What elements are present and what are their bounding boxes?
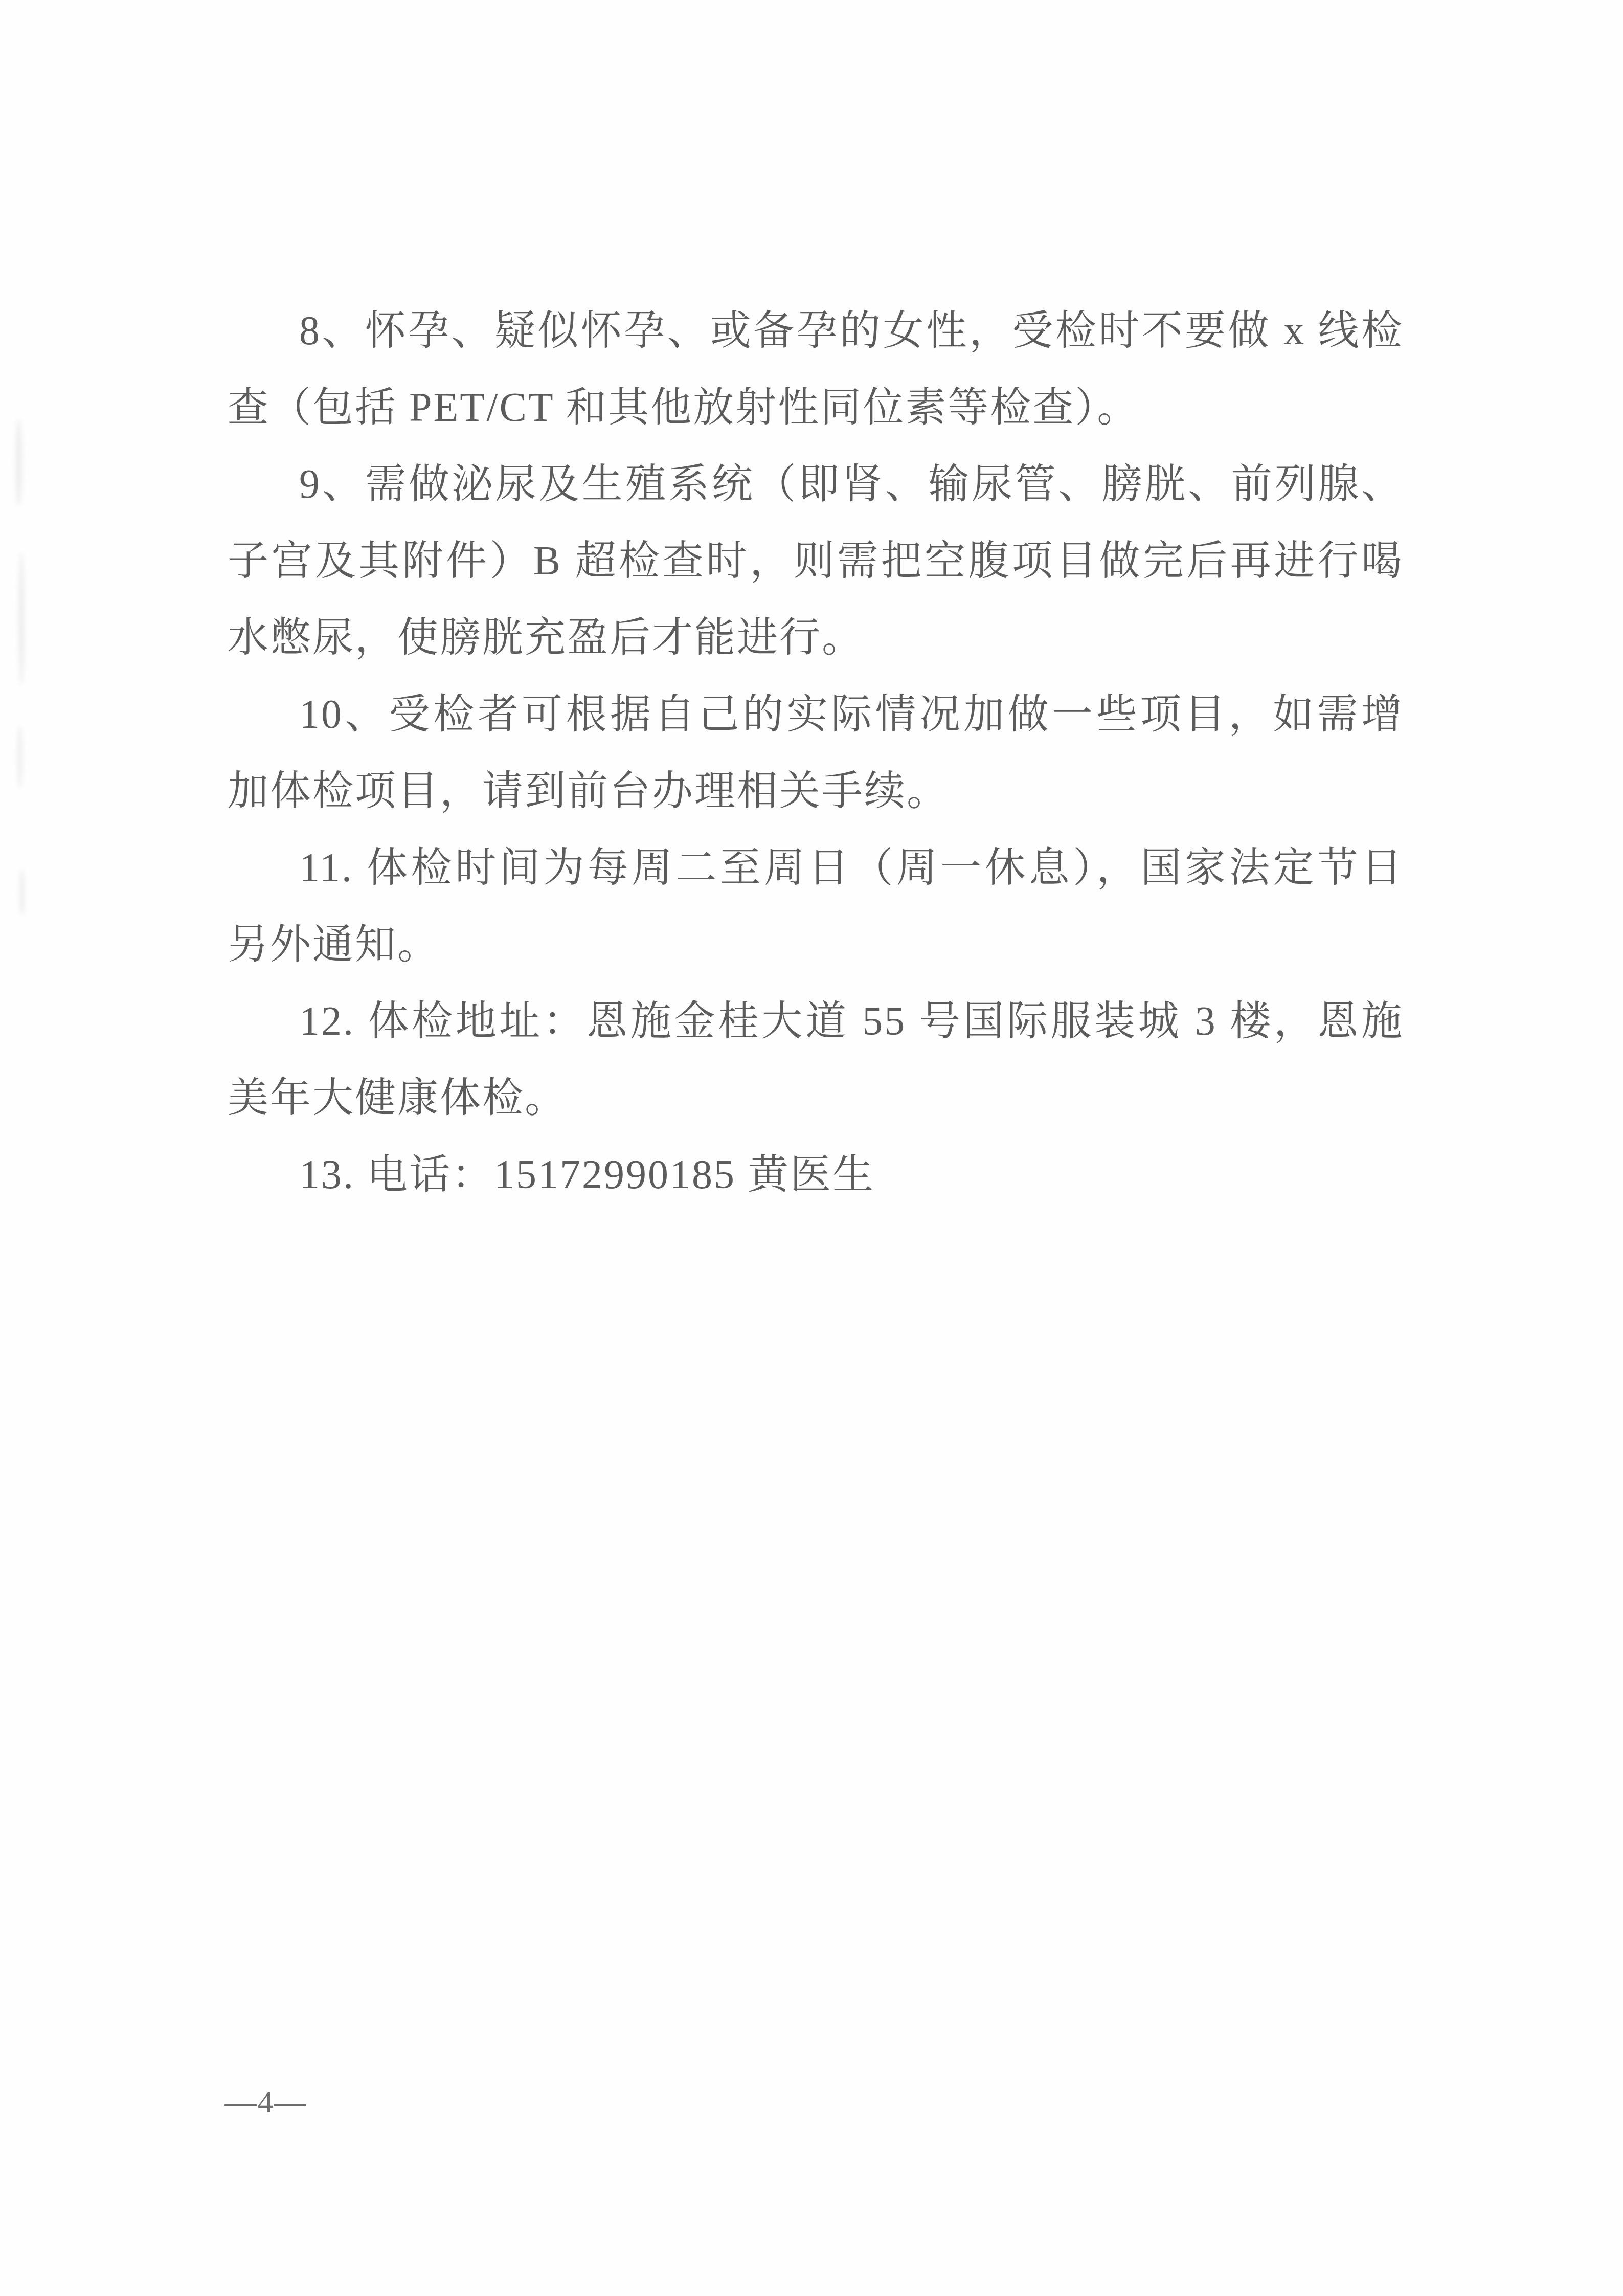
scan-artifact — [19, 870, 25, 916]
paragraph-item-12: 12. 体检地址：恩施金桂大道 55 号国际服装城 3 楼，恩施美年大健康体检。 — [228, 983, 1404, 1136]
document-page: 8、怀孕、疑似怀孕、或备孕的女性，受检时不要做 x 线检查（包括 PET/CT … — [0, 0, 1623, 2296]
scan-artifact — [17, 726, 22, 788]
page-number: —4— — [174, 2084, 358, 2121]
paragraph-item-13: 13. 电话：15172990185 黄医生 — [228, 1136, 1404, 1213]
paragraph-item-10: 10、受检者可根据自己的实际情况加做一些项目，如需增加体检项目，请到前台办理相关… — [228, 676, 1404, 830]
scan-artifact — [18, 552, 25, 685]
body-text: 8、怀孕、疑似怀孕、或备孕的女性，受检时不要做 x 线检查（包括 PET/CT … — [228, 293, 1404, 1213]
scan-artifact — [15, 419, 22, 506]
paragraph-item-8: 8、怀孕、疑似怀孕、或备孕的女性，受检时不要做 x 线检查（包括 PET/CT … — [228, 293, 1404, 446]
paragraph-item-11: 11. 体检时间为每周二至周日（周一休息），国家法定节日另外通知。 — [228, 830, 1404, 983]
paragraph-item-9: 9、需做泌尿及生殖系统（即肾、输尿管、膀胱、前列腺、子宫及其附件）B 超检查时，… — [228, 446, 1404, 676]
